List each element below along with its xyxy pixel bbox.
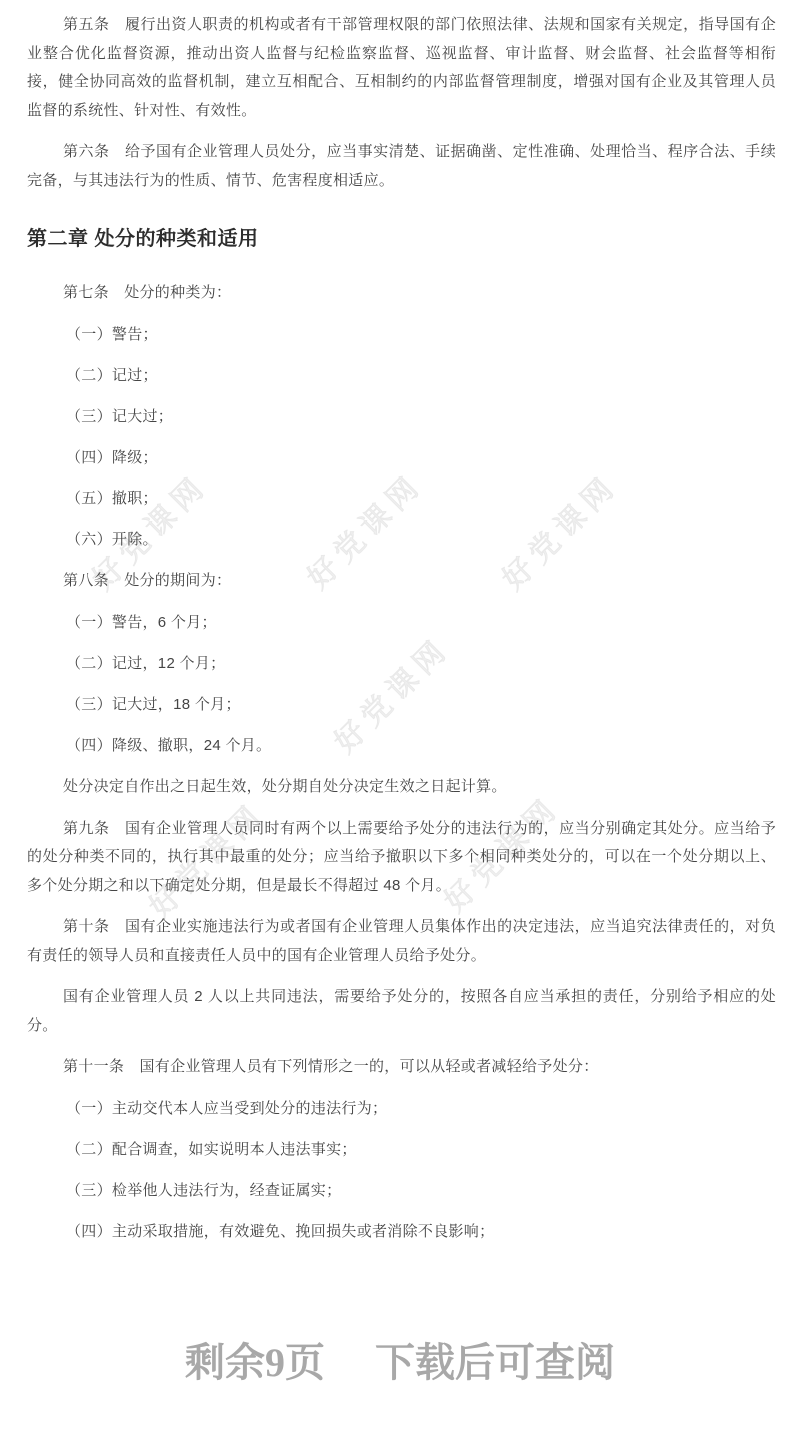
list-item: （一）主动交代本人应当受到处分的违法行为； [27, 1095, 776, 1124]
list-item: （一）警告； [27, 321, 776, 350]
legal-paragraph: 第十条 国有企业实施违法行为或者国有企业管理人员集体作出的决定违法，应当追究法律… [27, 913, 776, 970]
list-item: （六）开除。 [27, 526, 776, 555]
legal-paragraph: 第八条 处分的期间为： [27, 567, 776, 596]
list-item: （二）记过，12 个月； [27, 650, 776, 679]
legal-paragraph: 第五条 履行出资人职责的机构或者有干部管理权限的部门依照法律、法规和国家有关规定… [27, 11, 776, 125]
legal-paragraph: 第六条 给予国有企业管理人员处分，应当事实清楚、证据确凿、定性准确、处理恰当、程… [27, 138, 776, 195]
legal-paragraph: 第十一条 国有企业管理人员有下列情形之一的，可以从轻或者减轻给予处分： [27, 1053, 776, 1082]
legal-paragraph: 国有企业管理人员 2 人以上共同违法，需要给予处分的，按照各自应当承担的责任，分… [27, 983, 776, 1040]
download-note-label: 下载后可查阅 [375, 1340, 615, 1385]
legal-paragraph: 第九条 国有企业管理人员同时有两个以上需要给予处分的违法行为的，应当分别确定其处… [27, 815, 776, 901]
list-item: （四）主动采取措施，有效避免、挽回损失或者消除不良影响； [27, 1218, 776, 1247]
list-item: （四）降级、撤职，24 个月。 [27, 732, 776, 761]
list-item: （五）撤职； [27, 485, 776, 514]
legal-paragraph: 第七条 处分的种类为： [27, 279, 776, 308]
document-body: 第五条 履行出资人职责的机构或者有干部管理权限的部门依照法律、法规和国家有关规定… [0, 0, 800, 1246]
download-banner: 剩余9页下载后可查阅 [0, 1341, 800, 1385]
list-item: （三）记大过，18 个月； [27, 691, 776, 720]
list-item: （四）降级； [27, 444, 776, 473]
chapter-heading: 第二章 处分的种类和适用 [27, 225, 776, 253]
list-item: （三）检举他人违法行为，经查证属实； [27, 1177, 776, 1206]
list-item: （一）警告，6 个月； [27, 609, 776, 638]
remaining-pages-label: 剩余9页 [185, 1340, 325, 1385]
list-item: （二）记过； [27, 362, 776, 391]
legal-paragraph: 处分决定自作出之日起生效，处分期自处分决定生效之日起计算。 [27, 773, 776, 802]
document-preview-page: { "watermark": { "text": "好党课网", "color"… [0, 0, 800, 1449]
list-item: （三）记大过； [27, 403, 776, 432]
list-item: （二）配合调查，如实说明本人违法事实； [27, 1136, 776, 1165]
